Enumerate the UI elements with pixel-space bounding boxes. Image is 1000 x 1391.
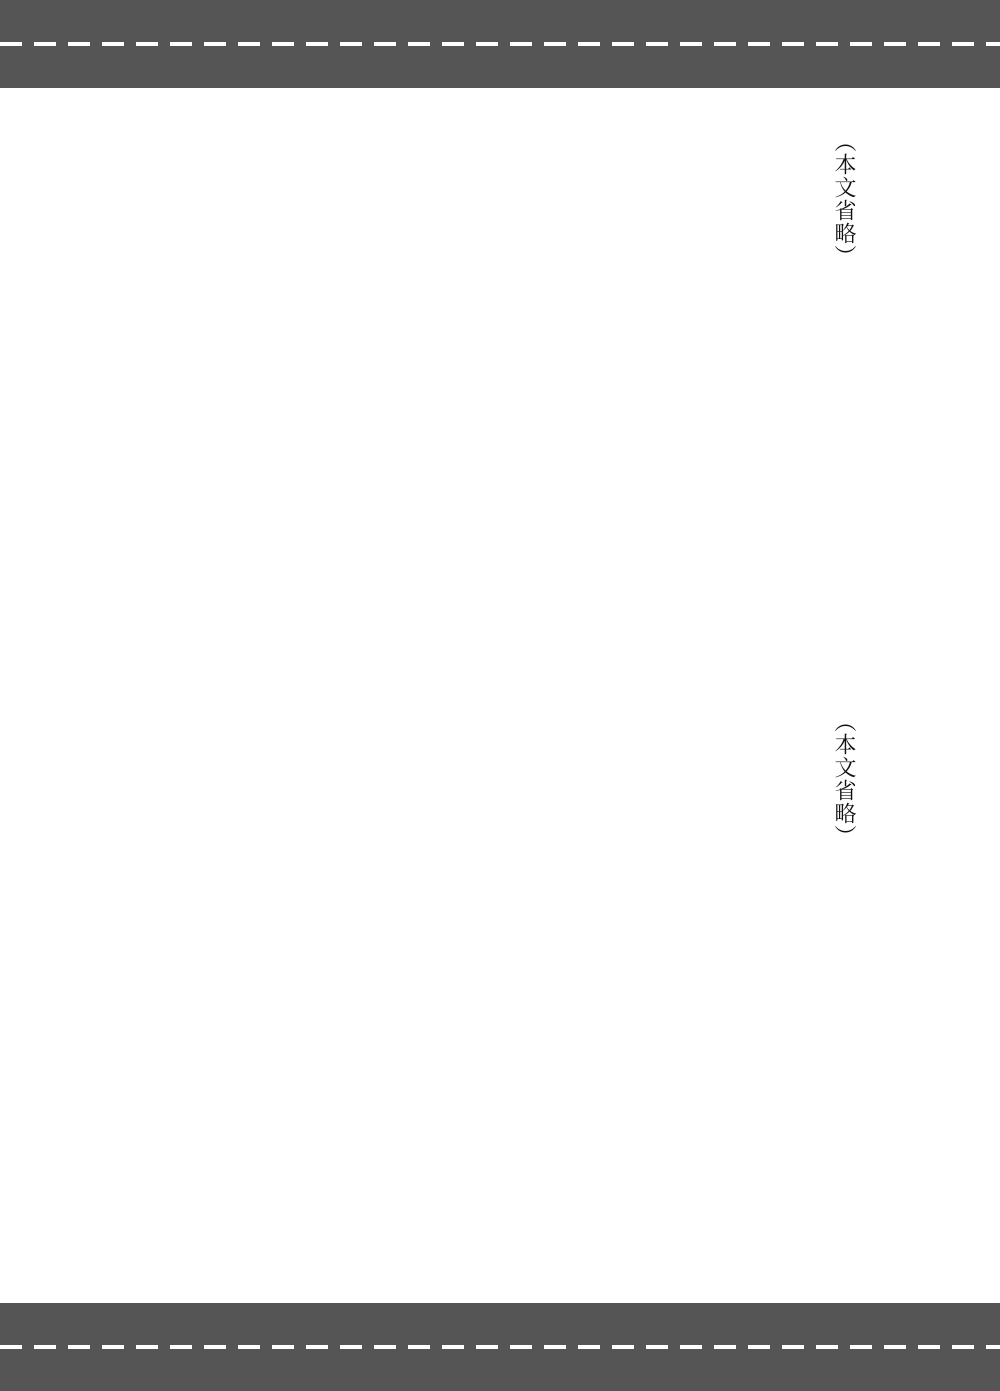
header-band — [0, 0, 1000, 88]
header-dashed-line — [0, 42, 1000, 46]
text-block-upper: （本文省略） — [136, 130, 862, 690]
footer-band — [0, 1303, 1000, 1391]
text-block-lower: （本文省略） — [136, 710, 862, 1270]
footer-dashed-line — [0, 1345, 1000, 1349]
